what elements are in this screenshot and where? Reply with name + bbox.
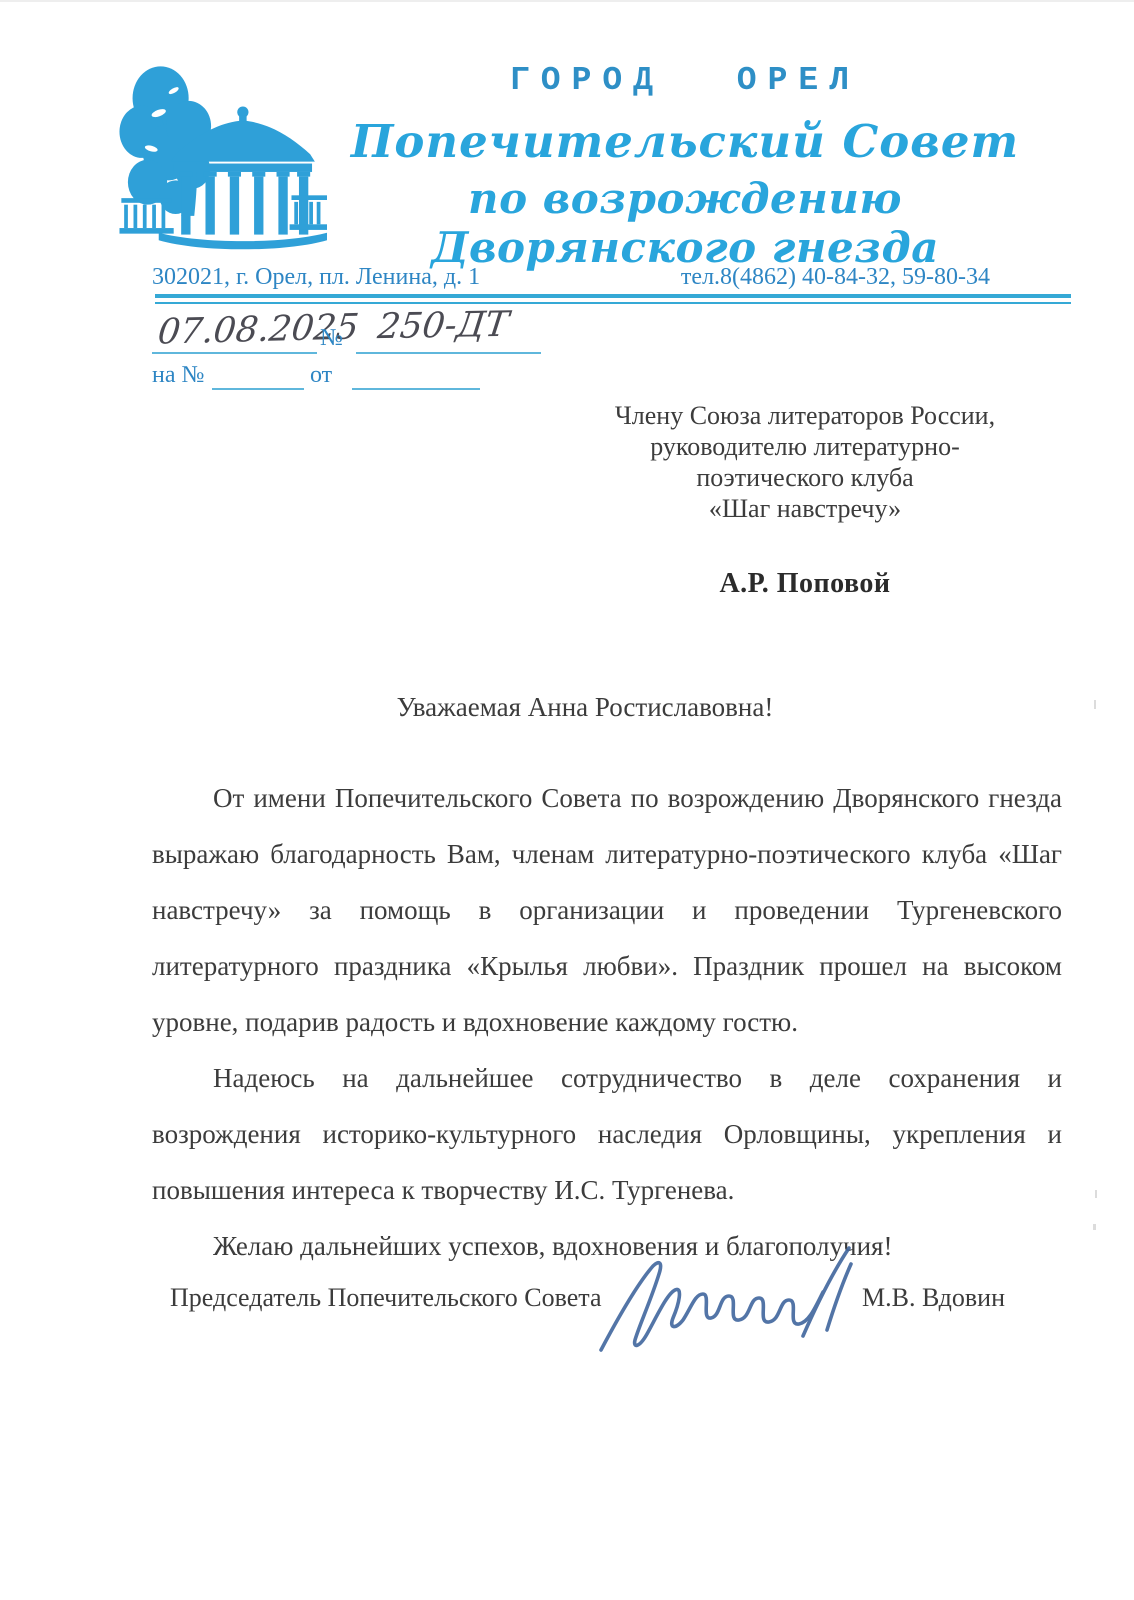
recipient-line: поэтического клуба xyxy=(572,462,1038,493)
letter-page: ГОРОД ОРЕЛ Попечительский Совет по возро… xyxy=(0,0,1134,1600)
handwritten-signature xyxy=(595,1238,860,1358)
recipient-block: Члену Союза литераторов России, руководи… xyxy=(572,400,1038,524)
reply-date-underline xyxy=(352,388,480,390)
reply-number-underline xyxy=(212,388,304,390)
number-sign-label: № xyxy=(320,325,343,352)
scan-edge xyxy=(0,0,1134,2)
body-paragraph-2: Надеюсь на дальнейшее сотрудничество в д… xyxy=(152,1050,1062,1218)
signer-name: М.В. Вдовин xyxy=(862,1283,1005,1313)
org-name-line1: Попечительский Совет xyxy=(340,115,1030,168)
reply-ref-prefix: на № xyxy=(152,362,204,389)
scan-artifact xyxy=(1095,1190,1097,1198)
scan-artifact xyxy=(1094,700,1096,709)
org-name-line2: по возрождению Дворянского гнезда xyxy=(340,174,1030,272)
org-address: 302021, г. Орел, пл. Ленина, д. 1 xyxy=(152,264,480,291)
city-title: ГОРОД ОРЕЛ xyxy=(340,62,1030,99)
recipient-line: Члену Союза литераторов России, xyxy=(572,400,1038,431)
body-paragraph-1: От имени Попечительского Совета по возро… xyxy=(152,770,1062,1050)
recipient-line: руководителю литературно- xyxy=(572,431,1038,462)
scan-artifact xyxy=(1093,1224,1096,1230)
rotunda-tree-logo xyxy=(112,52,327,262)
contact-row: 302021, г. Орел, пл. Ленина, д. 1 тел.8(… xyxy=(152,264,990,291)
recipient-name: А.Р. Поповой xyxy=(572,568,1038,600)
reply-from-label: от xyxy=(310,362,332,389)
salutation: Уважаемая Анна Ростиславовна! xyxy=(150,692,1020,723)
handwritten-number: 250-ДТ xyxy=(376,305,511,347)
letterhead-divider xyxy=(155,294,1071,304)
signer-title: Председатель Попечительского Совета xyxy=(170,1283,602,1313)
number-underline xyxy=(356,352,541,354)
date-underline xyxy=(152,352,317,354)
letter-body: От имени Попечительского Совета по возро… xyxy=(152,770,1062,1274)
recipient-line: «Шаг навстречу» xyxy=(572,493,1038,524)
letterhead: ГОРОД ОРЕЛ Попечительский Совет по возро… xyxy=(340,62,1030,272)
org-phone: тел.8(4862) 40-84-32, 59-80-34 xyxy=(681,264,990,291)
